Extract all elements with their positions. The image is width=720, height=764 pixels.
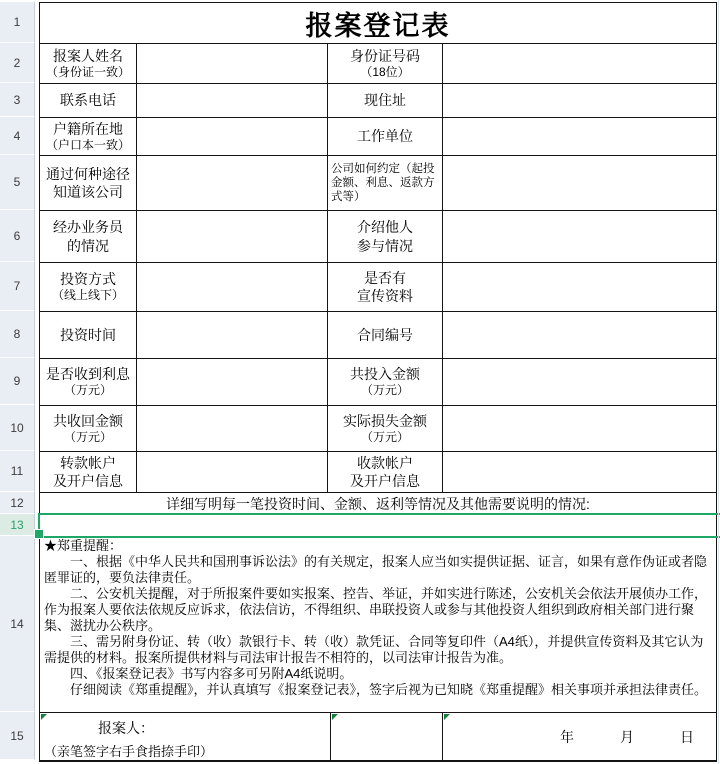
cell-work-unit-input[interactable] bbox=[443, 118, 716, 155]
cell-error-indicator-triangle bbox=[444, 714, 450, 720]
row-header-15[interactable]: 15 bbox=[0, 712, 35, 760]
row-number-gutter: 1 2 3 4 5 6 7 8 9 10 11 12 13 14 15 bbox=[0, 2, 35, 760]
row-investment-time: 投资时间 合同编号 bbox=[40, 312, 716, 359]
row-total-recovered: 共收回金额 （万元） 实际损失金额 （万元） bbox=[40, 406, 716, 452]
cell-work-unit-label[interactable]: 工作单位 bbox=[328, 118, 443, 155]
cell-actual-loss-input[interactable] bbox=[443, 406, 716, 451]
cell-investment-method-input[interactable] bbox=[137, 263, 328, 311]
date-month-label: 月 bbox=[620, 727, 634, 747]
report-registration-form: 报案登记表 报案人姓名 （身份证一致） 身份证号码 （18位） 联系电话 现住址… bbox=[39, 2, 717, 762]
row-header-8[interactable]: 8 bbox=[0, 311, 35, 358]
row-contact-phone: 联系电话 现住址 bbox=[40, 84, 716, 118]
row-salesman: 经办业务员 的情况 介绍他人 参与情况 bbox=[40, 211, 716, 263]
row-header-13-selected[interactable]: 13 bbox=[0, 514, 35, 536]
cell-investment-method-label[interactable]: 投资方式 （线上线下） bbox=[40, 263, 137, 311]
cell-total-invested-label[interactable]: 共投入金额 （万元） bbox=[328, 359, 443, 405]
cell-current-address-input[interactable] bbox=[443, 84, 716, 117]
cell-promo-materials-label[interactable]: 是否有 宣传资料 bbox=[328, 263, 443, 311]
cell-reporter-name-input[interactable] bbox=[137, 44, 328, 83]
row-interest-received: 是否收到利息 （万元） 共投入金额 （万元） bbox=[40, 359, 716, 406]
date-day-label: 日 bbox=[680, 727, 694, 747]
cell-company-agreement-input[interactable] bbox=[443, 156, 716, 210]
row-header-14[interactable]: 14 bbox=[0, 536, 35, 712]
cell-receiving-account-label[interactable]: 收款帐户 及开户信息 bbox=[328, 452, 443, 492]
selected-cell-highlight[interactable] bbox=[38, 513, 720, 538]
row-header-7[interactable]: 7 bbox=[0, 262, 35, 311]
row-header-3[interactable]: 3 bbox=[0, 83, 35, 117]
warning-heading: ★郑重提醒： bbox=[44, 538, 712, 554]
cell-salesman-input[interactable] bbox=[137, 211, 328, 262]
cell-referral-input[interactable] bbox=[443, 211, 716, 262]
cell-interest-received-input[interactable] bbox=[137, 359, 328, 405]
right-gridline bbox=[718, 0, 719, 764]
cell-investment-time-input[interactable] bbox=[137, 312, 328, 358]
row-header-1[interactable]: 1 bbox=[0, 2, 35, 43]
row-investment-method: 投资方式 （线上线下） 是否有 宣传资料 bbox=[40, 263, 716, 312]
cell-how-learned-company-input[interactable] bbox=[137, 156, 328, 210]
signature-instruction: （亲笔签字右手食指捺手印） bbox=[44, 741, 330, 760]
cell-current-address-label[interactable]: 现住址 bbox=[328, 84, 443, 117]
row-household-registration: 户籍所在地 （户口本一致） 工作单位 bbox=[40, 118, 716, 156]
cell-signature-date[interactable]: 年 月 日 bbox=[443, 713, 716, 760]
cell-transfer-account-input[interactable] bbox=[137, 452, 328, 492]
cell-total-recovered-input[interactable] bbox=[137, 406, 328, 451]
row-header-5[interactable]: 5 bbox=[0, 155, 35, 210]
warning-paragraph-3: 三、需另附身份证、转（收）款银行卡、转（收）款凭证、合同等复印件（A4纸），并提… bbox=[44, 634, 712, 666]
row-how-learned-company: 通过何种途径 知道该公司 公司如何约定（起投金额、利息、返款方式等） bbox=[40, 156, 716, 211]
cell-contract-number-input[interactable] bbox=[443, 312, 716, 358]
cell-promo-materials-input[interactable] bbox=[443, 263, 716, 311]
cell-household-registration-label[interactable]: 户籍所在地 （户口本一致） bbox=[40, 118, 137, 155]
warning-paragraph-2: 二、公安机关提醒，对于所报案件要如实报案、控告、举证，并如实进行陈述，公安机关会… bbox=[44, 586, 712, 634]
cell-actual-loss-label[interactable]: 实际损失金额 （万元） bbox=[328, 406, 443, 451]
cell-id-number-label[interactable]: 身份证号码 （18位） bbox=[328, 44, 443, 83]
cell-reporter-signature[interactable]: 报案人： （亲笔签字右手食指捺手印） bbox=[40, 713, 331, 760]
cell-company-agreement-label[interactable]: 公司如何约定（起投金额、利息、返款方式等） bbox=[328, 156, 443, 210]
cell-error-indicator-triangle bbox=[332, 714, 338, 720]
cell-salesman-label[interactable]: 经办业务员 的情况 bbox=[40, 211, 137, 262]
cell-signature-middle[interactable] bbox=[331, 713, 443, 760]
row-header-2[interactable]: 2 bbox=[0, 43, 35, 83]
cell-id-number-input[interactable] bbox=[443, 44, 716, 83]
cell-receiving-account-input[interactable] bbox=[443, 452, 716, 492]
warning-text: ★郑重提醒： 一、根据《中华人民共和国刑事诉讼法》的有关规定，报案人应当如实提供… bbox=[40, 537, 716, 712]
row-header-12[interactable]: 12 bbox=[0, 492, 35, 514]
warning-paragraph-5: 仔细阅读《郑重提醒》，并认真填写《报案登记表》，签字后视为已知晓《郑重提醒》相关… bbox=[44, 682, 712, 698]
cell-contract-number-label[interactable]: 合同编号 bbox=[328, 312, 443, 358]
cell-reporter-name-label[interactable]: 报案人姓名 （身份证一致） bbox=[40, 44, 137, 83]
cell-investment-time-label[interactable]: 投资时间 bbox=[40, 312, 137, 358]
fill-handle[interactable] bbox=[34, 529, 44, 539]
date-year-label: 年 bbox=[560, 727, 574, 747]
row-reporter-name: 报案人姓名 （身份证一致） 身份证号码 （18位） bbox=[40, 44, 716, 84]
signature-label: 报案人： bbox=[98, 718, 330, 738]
form-title-row[interactable]: 报案登记表 bbox=[40, 3, 716, 44]
cell-household-registration-input[interactable] bbox=[137, 118, 328, 155]
row-signature: 报案人： （亲笔签字右手食指捺手印） 年 月 日 bbox=[40, 713, 716, 761]
row-header-9[interactable]: 9 bbox=[0, 358, 35, 405]
cell-contact-phone-input[interactable] bbox=[137, 84, 328, 117]
cell-total-recovered-label[interactable]: 共收回金额 （万元） bbox=[40, 406, 137, 451]
cell-error-indicator-triangle bbox=[41, 714, 47, 720]
warning-paragraph-1: 一、根据《中华人民共和国刑事诉讼法》的有关规定，报案人应当如实提供证据、证言，如… bbox=[44, 554, 712, 586]
cell-contact-phone-label[interactable]: 联系电话 bbox=[40, 84, 137, 117]
warning-paragraph-4: 四、《报案登记表》书写内容多可另附A4纸说明。 bbox=[44, 666, 712, 682]
cell-interest-received-label[interactable]: 是否收到利息 （万元） bbox=[40, 359, 137, 405]
row-header-11[interactable]: 11 bbox=[0, 451, 35, 492]
row-accounts: 转款帐户 及开户信息 收款帐户 及开户信息 bbox=[40, 452, 716, 493]
row-detail-note[interactable]: 详细写明每一笔投资时间、金额、返利等情况及其他需要说明的情况: bbox=[40, 493, 716, 515]
cell-transfer-account-label[interactable]: 转款帐户 及开户信息 bbox=[40, 452, 137, 492]
row-header-4[interactable]: 4 bbox=[0, 117, 35, 155]
row-header-6[interactable]: 6 bbox=[0, 210, 35, 262]
cell-total-invested-input[interactable] bbox=[443, 359, 716, 405]
cell-referral-label[interactable]: 介绍他人 参与情况 bbox=[328, 211, 443, 262]
form-title: 报案登记表 bbox=[306, 4, 451, 43]
detail-note-text: 详细写明每一笔投资时间、金额、返利等情况及其他需要说明的情况: bbox=[166, 494, 590, 514]
row-warning[interactable]: ★郑重提醒： 一、根据《中华人民共和国刑事诉讼法》的有关规定，报案人应当如实提供… bbox=[40, 537, 716, 713]
row-header-10[interactable]: 10 bbox=[0, 405, 35, 451]
cell-how-learned-company-label[interactable]: 通过何种途径 知道该公司 bbox=[40, 156, 137, 210]
